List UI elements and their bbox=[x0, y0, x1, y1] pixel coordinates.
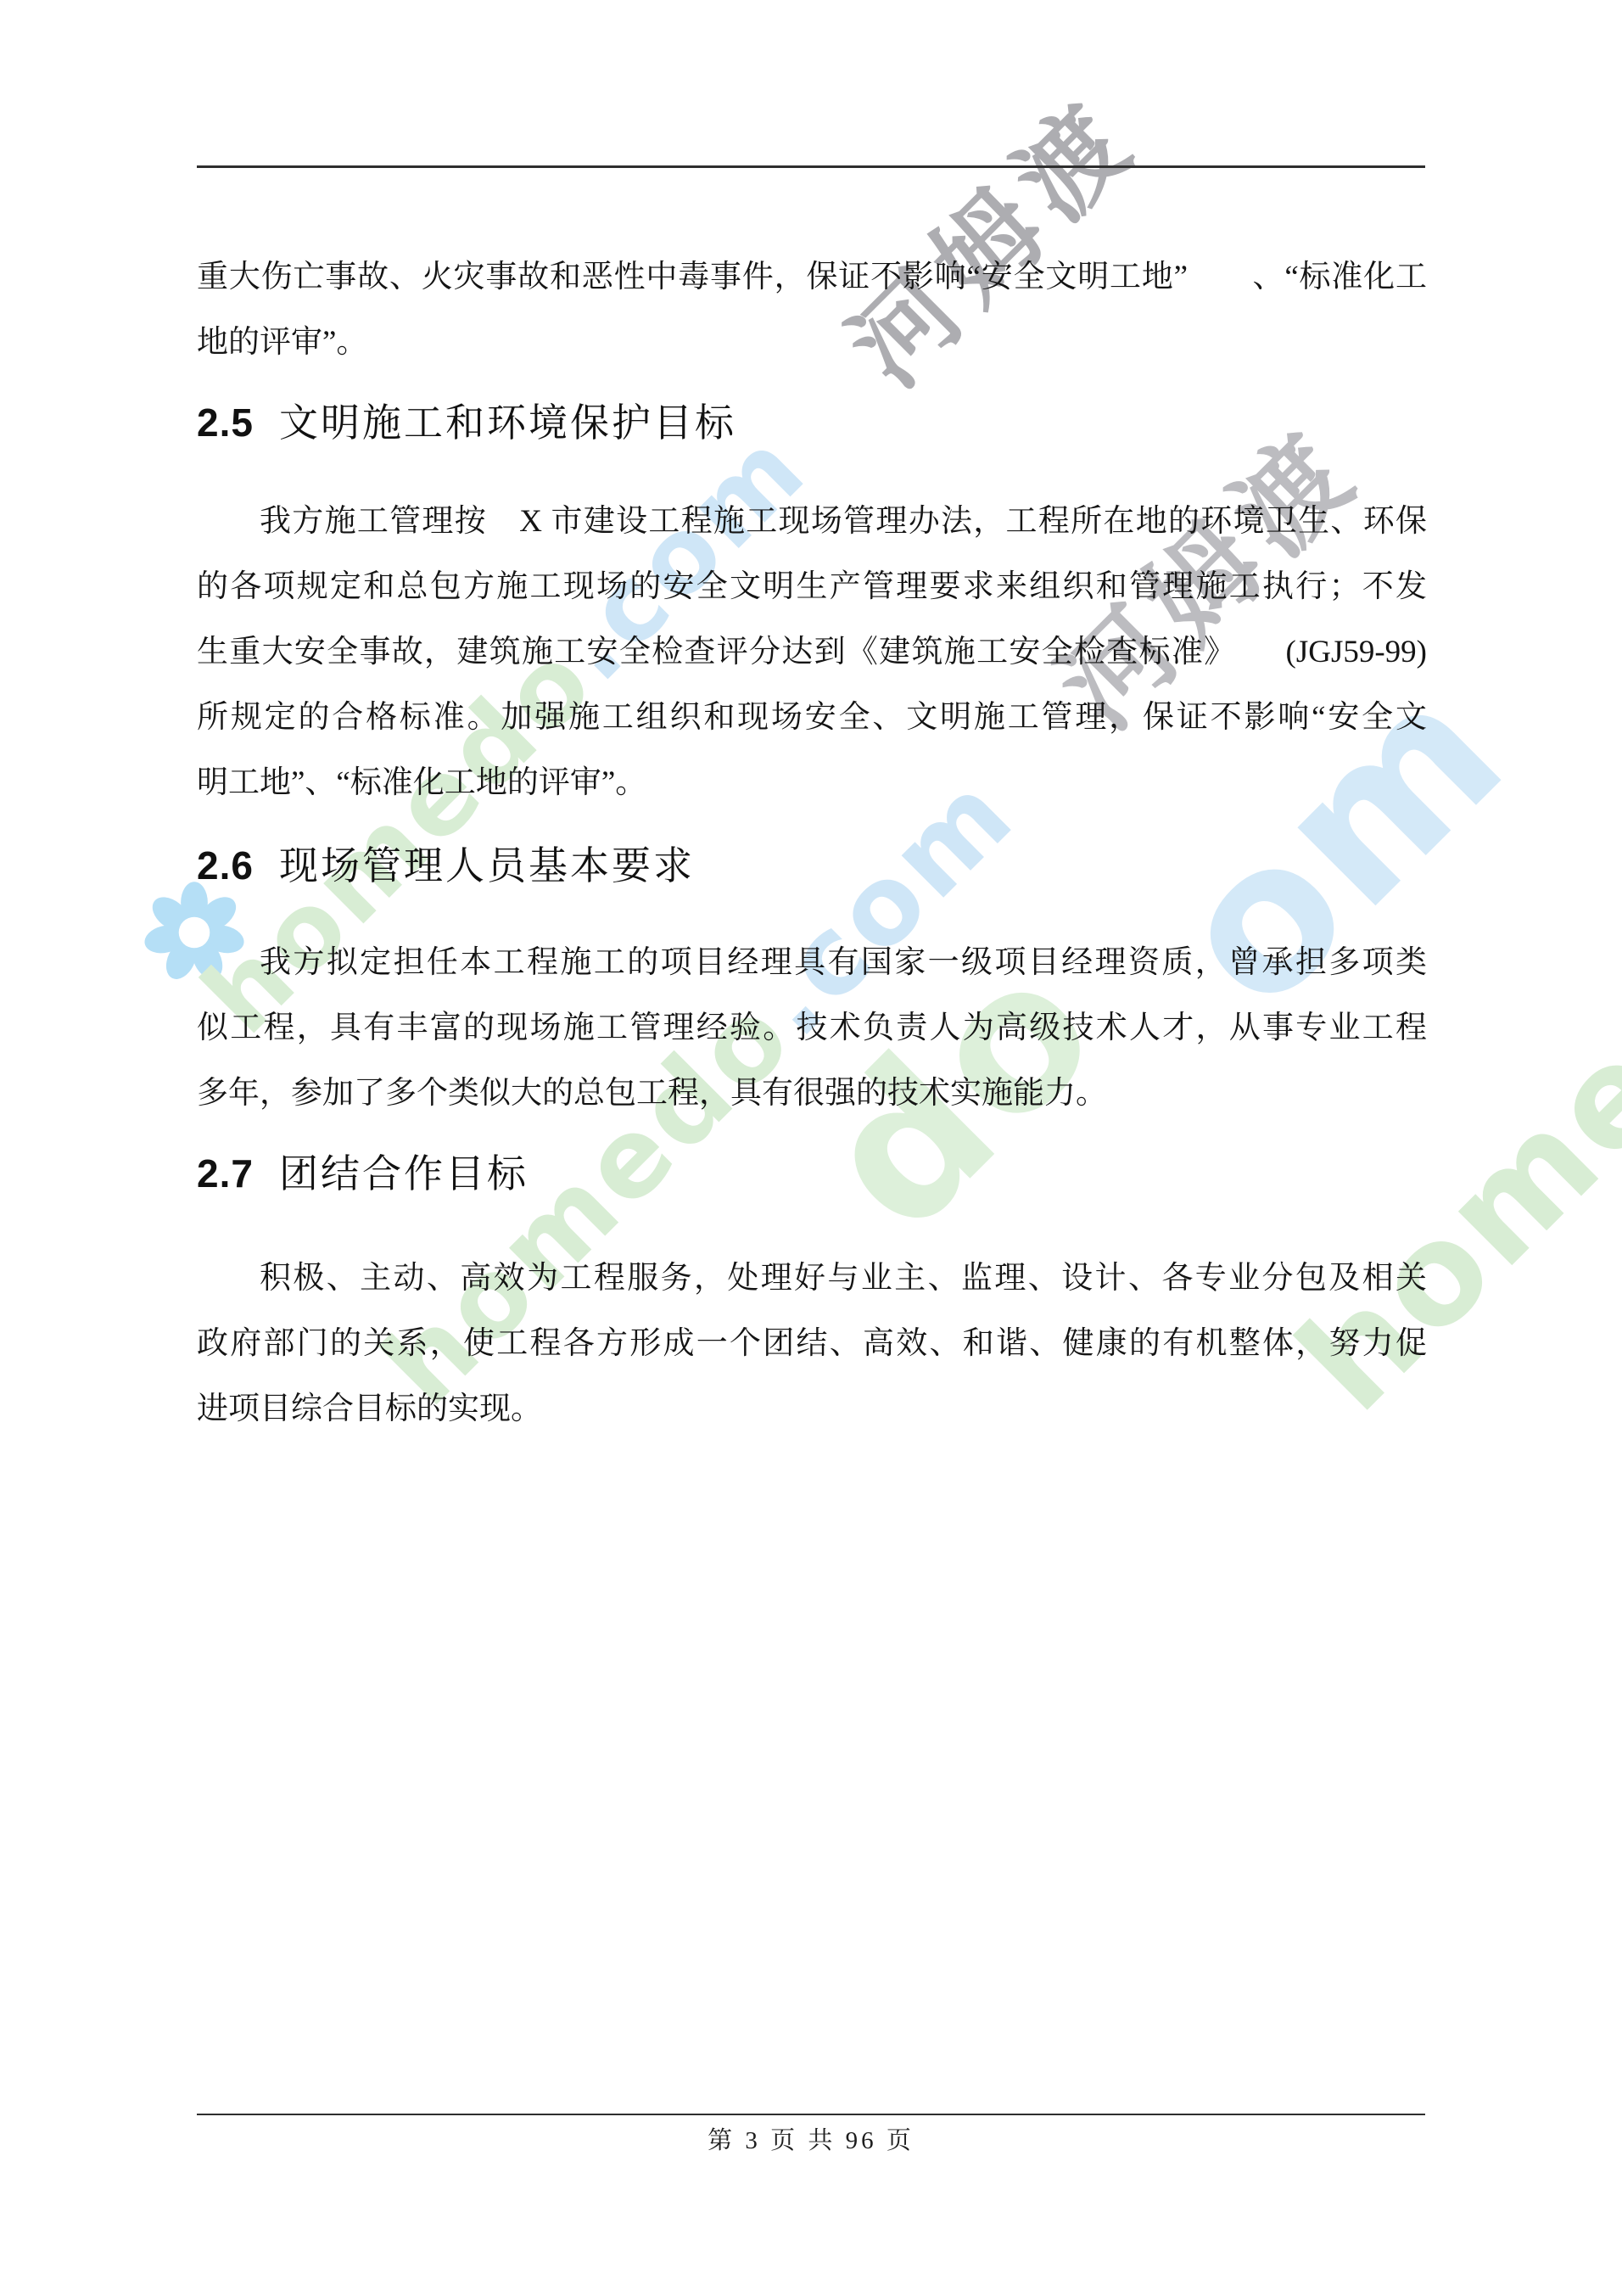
paragraph-line: 进项目综合目标的实现。 bbox=[197, 1376, 1427, 1442]
paragraph-line: 的各项规定和总包方施工现场的安全文明生产管理要求来组织和管理施工执行；不发 bbox=[197, 554, 1427, 619]
paragraph-line: 明工地”、“标准化工地的评审”。 bbox=[197, 750, 1427, 815]
paragraph-line: 重大伤亡事故、火灾事故和恶性中毒事件，保证不影响“安全文明工地” 、“标准化工 bbox=[197, 244, 1427, 310]
paragraph-line: 我方施工管理按 X 市建设工程施工现场管理办法，工程所在地的环境卫生、环保 bbox=[197, 489, 1427, 554]
section-2-7-paragraph: 积极、主动、高效为工程服务，处理好与业主、监理、设计、各专业分包及相关 政府部门… bbox=[197, 1246, 1427, 1442]
paragraph-line: 多年，参加了多个类似大的总包工程，具有很强的技术实施能力。 bbox=[197, 1061, 1427, 1126]
section-heading-2-5: 2.5文明施工和环境保护目标 bbox=[197, 400, 736, 445]
document-body: 重大伤亡事故、火灾事故和恶性中毒事件，保证不影响“安全文明工地” 、“标准化工 … bbox=[0, 0, 1622, 2296]
section-number: 2.6 bbox=[197, 843, 254, 888]
header-rule bbox=[197, 165, 1425, 168]
section-number: 2.7 bbox=[197, 1151, 254, 1196]
section-2-5-paragraph: 我方施工管理按 X 市建设工程施工现场管理办法，工程所在地的环境卫生、环保 的各… bbox=[197, 489, 1427, 815]
section-heading-2-7: 2.7团结合作目标 bbox=[197, 1151, 529, 1196]
paragraph-line: 地的评审”。 bbox=[197, 310, 1427, 375]
page-number: 第 3 页 共 96 页 bbox=[197, 2121, 1425, 2156]
paragraph-line: 似工程，具有丰富的现场施工管理经验。技术负责人为高级技术人才，从事专业工程 bbox=[197, 995, 1427, 1061]
paragraph-line: 我方拟定担任本工程施工的项目经理具有国家一级项目经理资质，曾承担多项类 bbox=[197, 930, 1427, 995]
section-heading-2-6: 2.6现场管理人员基本要求 bbox=[197, 843, 695, 888]
section-title: 团结合作目标 bbox=[279, 1151, 529, 1196]
section-number: 2.5 bbox=[197, 400, 254, 445]
paragraph-line: 积极、主动、高效为工程服务，处理好与业主、监理、设计、各专业分包及相关 bbox=[197, 1246, 1427, 1311]
paragraph-line: 所规定的合格标准。加强施工组织和现场安全、文明施工管理，保证不影响“安全文 bbox=[197, 685, 1427, 750]
document-page: homedo.com 河姆渡 homedo.com 河姆渡 do om home… bbox=[0, 0, 1622, 2296]
intro-paragraph: 重大伤亡事故、火灾事故和恶性中毒事件，保证不影响“安全文明工地” 、“标准化工 … bbox=[197, 244, 1427, 375]
section-title: 现场管理人员基本要求 bbox=[279, 843, 695, 888]
paragraph-line: 政府部门的关系，使工程各方形成一个团结、高效、和谐、健康的有机整体，努力促 bbox=[197, 1311, 1427, 1376]
section-2-6-paragraph: 我方拟定担任本工程施工的项目经理具有国家一级项目经理资质，曾承担多项类 似工程，… bbox=[197, 930, 1427, 1126]
section-title: 文明施工和环境保护目标 bbox=[279, 400, 736, 445]
paragraph-line: 生重大安全事故，建筑施工安全检查评分达到《建筑施工安全检查标准》 (JGJ59-… bbox=[197, 619, 1427, 685]
footer-rule bbox=[197, 2114, 1425, 2115]
